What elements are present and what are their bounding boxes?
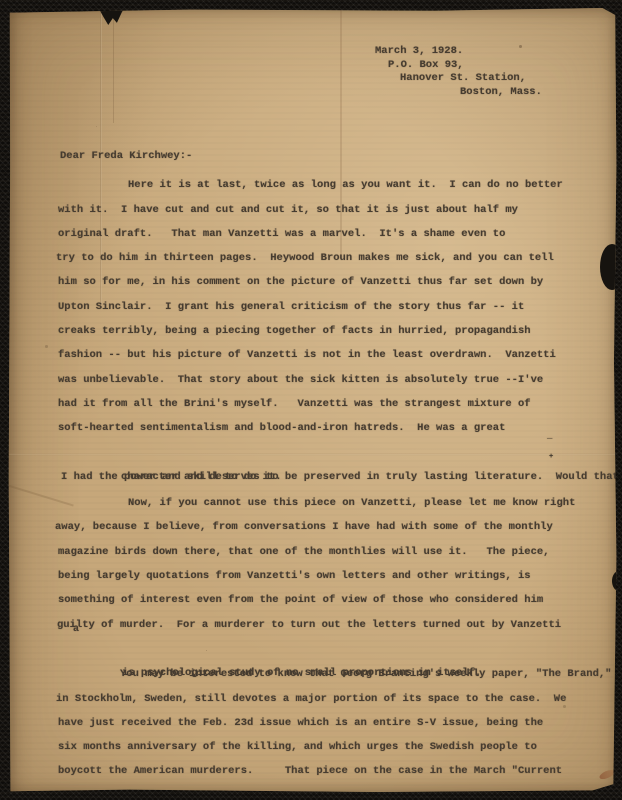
- paper-nick-right-icon: [612, 571, 622, 591]
- letter-body: Dear Freda Kirchwey:- Here it is at last…: [58, 144, 603, 784]
- scan-background: March 3, 1928. P.O. Box 93, Hanover St. …: [0, 0, 622, 800]
- letter-line: away, because I believe, from conversati…: [55, 515, 603, 539]
- letter-line: with it. I have cut and cut and cut it, …: [58, 198, 603, 222]
- letter-line: six months anniversary of the killing, a…: [58, 735, 603, 759]
- date-line: March 3, 1928.: [375, 45, 542, 59]
- address-line-po-box: P.O. Box 93,: [388, 59, 542, 73]
- paragraph-1: Here it is at last, twice as long as you…: [58, 173, 603, 489]
- letter-line: is psychological study of no small propo…: [59, 637, 603, 661]
- address-line-city: Boston, Mass.: [460, 86, 542, 100]
- paper-specks: [8, 8, 9, 9]
- fold-crease: [113, 8, 114, 123]
- letter-line: had it from all the Brini's myself. Vanz…: [58, 392, 603, 416]
- letter-line: You may be interested to know that Georg…: [58, 662, 603, 686]
- correction-overline-mark: ‾: [547, 439, 552, 448]
- letter-line: have just received the Feb. 23d issue wh…: [58, 711, 603, 735]
- letter-line: magazine birds down there, that one of t…: [58, 540, 603, 564]
- address-line-station: Hanover St. Station,: [400, 72, 542, 86]
- paper-tear-right-icon: [600, 244, 622, 290]
- letter-line: Upton Sinclair. I grant his general crit…: [58, 295, 603, 319]
- letter-page: March 3, 1928. P.O. Box 93, Hanover St. …: [8, 8, 617, 792]
- letter-heading: March 3, 1928. P.O. Box 93, Hanover St. …: [375, 45, 542, 99]
- letter-line: original draft. That man Vanzetti was a …: [58, 222, 603, 246]
- letter-line: something of interest even from the poin…: [58, 588, 603, 612]
- letter-line: him so for me, in his comment on the pic…: [58, 270, 603, 294]
- letter-line: try to do him in thirteen pages. Heywood…: [56, 246, 603, 270]
- paragraph-3: You may be interested to know that Georg…: [58, 662, 603, 783]
- letter-line: was unbelievable. That story about the s…: [58, 368, 603, 392]
- paper-tear-top-icon: [98, 7, 125, 25]
- typed-insertion-a: a: [73, 625, 79, 635]
- letter-line: in Stockholm, Sweden, still devotes a ma…: [56, 687, 603, 711]
- letter-line: guilty of murder. For a murderer to turn…: [57, 613, 603, 637]
- letter-line: fashion -- but his picture of Vanzetti i…: [58, 343, 603, 367]
- paragraph-2: Now, if you cannot use this piece on Van…: [58, 491, 603, 661]
- letter-line: Here it is at last, twice as long as you…: [58, 173, 603, 197]
- letter-line: I had the power and skill to do it.: [61, 465, 603, 489]
- letter-line: soft-hearted sentimentalism and blood-an…: [58, 416, 603, 440]
- letter-line: being largely quotations from Vanzetti's…: [58, 564, 603, 588]
- letter-line: creaks terribly, being a piecing togethe…: [58, 319, 603, 343]
- letter-line: Now, if you cannot use this piece on Van…: [58, 491, 603, 515]
- letter-line: boycott the American murderers. That pie…: [58, 759, 603, 783]
- salutation: Dear Freda Kirchwey:-: [60, 144, 603, 168]
- letter-line: character and deserves to be preserved i…: [58, 441, 603, 465]
- correction-caret-mark: +: [549, 454, 553, 461]
